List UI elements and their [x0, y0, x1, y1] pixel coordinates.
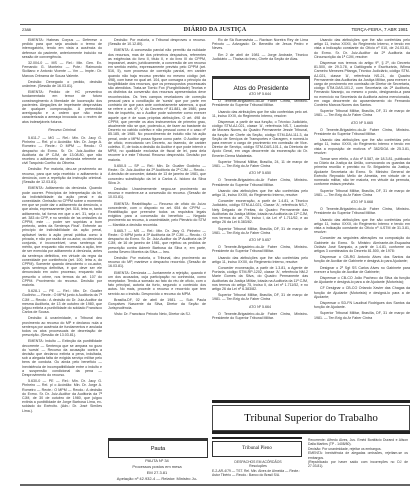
- paragraph: Ro de Sá Buenavista — Ravison Noreira Re…: [212, 38, 308, 51]
- signature: Superior Tribunal Militar, Brasília, DF,…: [314, 109, 410, 117]
- paragraph: Decisão: Denegado o pedido, decisão unân…: [22, 80, 102, 88]
- paragraph: 5.628-1 — PE — Rel.: Min. Dr. Gualter Go…: [22, 289, 102, 314]
- paragraph: Usando das atribuições que lhe são confe…: [212, 189, 308, 197]
- paragraph: O Tenente-Brigadeiro-do-Ar Faber Cintra,…: [212, 178, 308, 186]
- paragraph: Usando das atribuições que lhe são confe…: [314, 218, 410, 235]
- rule-bottom: [212, 431, 410, 434]
- paragraph: Dispensar o CB-RG Antonio Alves dos Sant…: [314, 255, 410, 263]
- publication-date: TERÇA-FEIRA, 7 ABR 1981: [351, 25, 408, 35]
- paragraph: Usando das atribuições que lhe são confe…: [314, 138, 410, 155]
- paragraph: EMENTA: Habeas Corpus — Deferese o pedid…: [22, 38, 102, 59]
- paragraph: Dispensar, a partir de sua função, o Téc…: [212, 120, 308, 158]
- paragraph: EMENTA: Indulto — Extinção da punibilida…: [22, 339, 102, 377]
- paragraph: Decisão: Por maioria, o Tribunal, deu pr…: [108, 256, 206, 269]
- paragraph: O Tenente-Brigadeiro-do-Ar Faber Cintra,…: [314, 207, 410, 215]
- paragraph: EMENTA: A concessão parcial não permitiu…: [108, 48, 206, 161]
- newspaper-page: 2388 DIÁRIO DA JUSTIÇA TERÇA-FEIRA, 7 AB…: [0, 0, 414, 500]
- paragraph: Decisão: Por maioria, deu-se provimento …: [22, 167, 102, 184]
- pauta-label: Pauta: [151, 446, 165, 452]
- paragraph: Recorrente: Alfredo Alves, Jus. Eméd Bon…: [308, 438, 408, 447]
- acts-president-box: Atos do Presidente: [212, 76, 310, 100]
- paragraph: Designar o 2º Sgt SS Carlos Alves no Gab…: [314, 266, 410, 274]
- paragraph: 5.650-5 — SP — Rel.: Min. Dr. Gualter Go…: [108, 164, 206, 185]
- paragraph: EMENTA: Aditamento da denúncia. Quando p…: [22, 186, 102, 287]
- signature: Superior Tribunal Militar, Brasília, 24,…: [212, 160, 308, 168]
- column-4: Usando das atribuições que lhe são confe…: [314, 38, 410, 398]
- paragraph: Decisão: Unanimemente negou-se proviment…: [108, 187, 206, 200]
- tst-banner: Tribunal Superior do Trabalho: [212, 405, 410, 431]
- pauta-body: PAUTA Nº 34 Processos postos em mesa EM …: [108, 458, 206, 482]
- act-title: ATO Nº 5.657: [212, 238, 308, 242]
- paragraph: (Republicado por haver saído com incorre…: [308, 460, 408, 469]
- rule-top: [212, 400, 410, 403]
- paragraph: Dispensar nos termos do artigo 9º, § 2º,…: [314, 61, 410, 107]
- paragraph: Decisão: Por maioria, o Tribunal desprov…: [108, 38, 206, 46]
- signature: Superior Tribunal Militar, Brasília, DF,…: [314, 189, 410, 197]
- paragraph: CF Designar o CB-CO Orlando Xavier das C…: [314, 286, 410, 299]
- page-bottom-rule: [20, 484, 410, 486]
- paragraph: EMENTA: Pedido de HC preventivo fundamen…: [22, 90, 102, 124]
- paragraph: Dispensar o CB-CO João Pacheco da Silva …: [314, 276, 410, 284]
- pauta-item: Apelação nº 42.932-4 — Relator: Ministro…: [108, 476, 206, 482]
- tst-right-column: Recorrente: Alfredo Alves, Jus. Eméd Bon…: [308, 438, 408, 469]
- paragraph: Usando das atribuições que lhe são confe…: [314, 38, 410, 59]
- paragraph: Usando das atribuições que lhe são confe…: [212, 110, 308, 118]
- column-2: Decisão: Por maioria, o Tribunal desprov…: [108, 38, 206, 434]
- signature: Brasília-DF, 02 de abril de 1981. — Sub.…: [108, 298, 206, 311]
- acts-president-label: Atos do Presidente: [234, 85, 289, 92]
- act-title: ATO Nº 5.665: [314, 121, 410, 125]
- act-title: ATO Nº 5.664: [212, 305, 308, 309]
- paragraph: O Tenente-Brigadeiro-do-Ar Faber Cintra,…: [314, 128, 410, 136]
- paragraph: 32.004-0 — MS — Rel.: Min. Gen. Ex. Fern…: [22, 61, 102, 78]
- paragraph: O Tenente-Brigadeiro-do-Ar Faber Cintra,…: [212, 245, 308, 253]
- paragraph: 5.665-7 — MS — Rel.: Min. Dr. Jacy G. Pi…: [108, 229, 206, 254]
- section-heading: Recurso Criminal: [22, 128, 102, 132]
- paragraph: Conceder as seguintes alterações na comp…: [314, 236, 410, 253]
- tribunal-pleno-label: Tribunal Pleno: [242, 446, 272, 451]
- column-1: EMENTA: Habeas Corpus — Deferese o pedid…: [22, 38, 102, 415]
- act-title: ATO Nº 5.650: [212, 171, 308, 175]
- paragraph: EMENTA: Reabilitação — Recurso de ofício…: [108, 202, 206, 227]
- tst-banner-title: Tribunal Superior do Trabalho: [244, 412, 378, 424]
- signature: Superior Tribunal Militar, Brasília, DF,…: [314, 311, 410, 319]
- paragraph: E-2-AR-4/79 — TST. Rel. Min. Alves de Al…: [212, 469, 304, 478]
- paragraph: Decisão: A unanimidade, o Tribunal deu p…: [22, 316, 102, 337]
- paragraph: Dispensar o SD-FN Laudival Rodrigues dos…: [314, 301, 410, 309]
- paragraph: Conceder exoneração, a partir de 1.3.81,…: [212, 266, 308, 291]
- signature: Superior Tribunal Militar, Brasília, DF,…: [212, 227, 308, 235]
- tst-left-column: DESPACHOS EM ACÓRDÃOS Resoluções E-2-AR-…: [212, 460, 304, 478]
- pauta-box: Pauta: [108, 438, 208, 458]
- paragraph: Conceder exoneração, a partir de 1.4.81,…: [212, 199, 308, 224]
- paragraph: EMENTA: Inexistência de alegadas omissõe…: [308, 451, 408, 460]
- pleno-rule: [212, 437, 302, 439]
- paragraph: O Tenente-Brigadeiro-do-Ar Faber Cintra,…: [212, 99, 308, 107]
- act-title: ATO Nº 5.668: [314, 200, 410, 204]
- paragraph: O Tenente-Brigadeiro-do-Ar Faber Cintra,…: [212, 312, 308, 320]
- signature: Superior Tribunal Militar, Brasília, DF,…: [212, 293, 308, 301]
- paragraph: Usando das atribuições que lhe são confe…: [212, 256, 308, 264]
- paragraph: EMENTA: Denúncia — Juntamente a rejeição…: [108, 271, 206, 296]
- page-header: 2388 DIÁRIO DA JUSTIÇA TERÇA-FEIRA, 7 AB…: [20, 24, 410, 36]
- paragraph: 5.611-7 — MG — Rel.: Min. Dr. Jacy G. Pi…: [22, 136, 102, 165]
- paragraph: 5.630-0 — PE — Rel.: Min. Dr. Jacy G. Pi…: [22, 379, 102, 413]
- paragraph: Em 2 de abril de 1981 — Jorge Andrade, T…: [212, 53, 308, 61]
- signature: Visto: Dr. Francisco Peixoto Neto, Diret…: [108, 312, 206, 316]
- paragraph: Tornar sem efeito, o Ato nº 5.587, de 18…: [314, 157, 410, 186]
- tribunal-pleno-box: Tribunal Pleno: [212, 441, 302, 457]
